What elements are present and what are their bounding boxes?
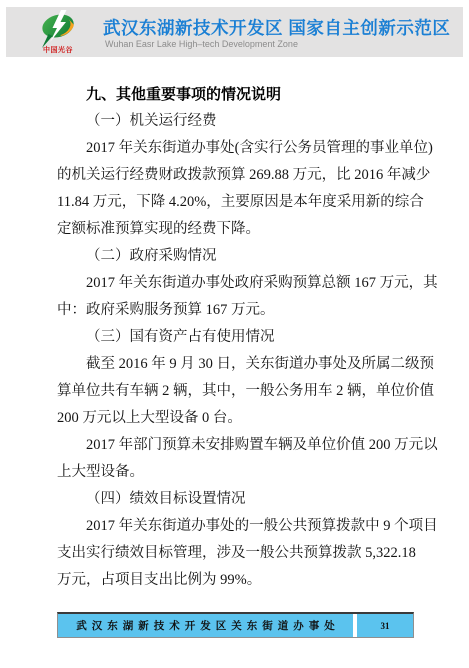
footer-organization: 武汉东湖新技术开发区关东街道办事处 <box>58 614 353 637</box>
text-line: （二）政府采购情况 <box>57 243 414 270</box>
text-line: 2017 年部门预算未安排购置车辆及单位价值 200 万元以 <box>57 432 414 459</box>
document-body: 九、其他重要事项的情况说明 （一）机关运行经费 2017 年关东街道办事处(含实… <box>57 81 414 594</box>
text-line: 截至 2016 年 9 月 30 日，关东街道办事处及所属二级预 <box>57 351 414 378</box>
text-line: 2017 年关东街道办事处的一般公共预算拨款中 9 个项目 <box>57 513 414 540</box>
page-subtitle: Wuhan Easr Lake High–tech Development Zo… <box>105 39 298 49</box>
page-title: 武汉东湖新技术开发区 国家自主创新示范区 <box>103 15 450 40</box>
text-line: （一）机关运行经费 <box>57 108 414 135</box>
text-line: （三）国有资产占有使用情况 <box>57 324 414 351</box>
optics-valley-swoosh-icon <box>36 9 80 49</box>
text-line: 11.84 万元，下降 4.20%，主要原因是本年度采用新的综合 <box>57 189 414 216</box>
china-optics-valley-logo: 中国光谷 <box>30 8 86 57</box>
page-number: 31 <box>357 614 413 637</box>
text-line: （四）绩效目标设置情况 <box>57 486 414 513</box>
section-heading: 九、其他重要事项的情况说明 <box>57 81 414 108</box>
document-page: 中国光谷 武汉东湖新技术开发区 国家自主创新示范区 Wuhan Easr Lak… <box>0 0 469 668</box>
text-line: 支出实行绩效目标管理，涉及一般公共预算拨款 5,322.18 <box>57 540 414 567</box>
text-line: 2017 年关东街道办事处(含实行公务员管理的事业单位) <box>57 135 414 162</box>
text-line: 万元，占项目支出比例为 99%。 <box>57 567 414 594</box>
text-line: 算单位共有车辆 2 辆，其中，一般公务用车 2 辆，单位价值 <box>57 378 414 405</box>
text-line: 定额标准预算实现的经费下降。 <box>57 216 414 243</box>
text-line: 200 万元以上大型设备 0 台。 <box>57 405 414 432</box>
header-band: 中国光谷 武汉东湖新技术开发区 国家自主创新示范区 Wuhan Easr Lak… <box>6 7 463 57</box>
text-line: 2017 年关东街道办事处政府采购预算总额 167 万元，其 <box>57 270 414 297</box>
text-line: 上大型设备。 <box>57 459 414 486</box>
text-line: 的机关运行经费财政拨款预算 269.88 万元，比 2016 年减少 <box>57 162 414 189</box>
text-line: 中：政府采购服务预算 167 万元。 <box>57 297 414 324</box>
footer-bar: 武汉东湖新技术开发区关东街道办事处 31 <box>57 612 414 638</box>
logo-caption: 中国光谷 <box>30 45 86 55</box>
